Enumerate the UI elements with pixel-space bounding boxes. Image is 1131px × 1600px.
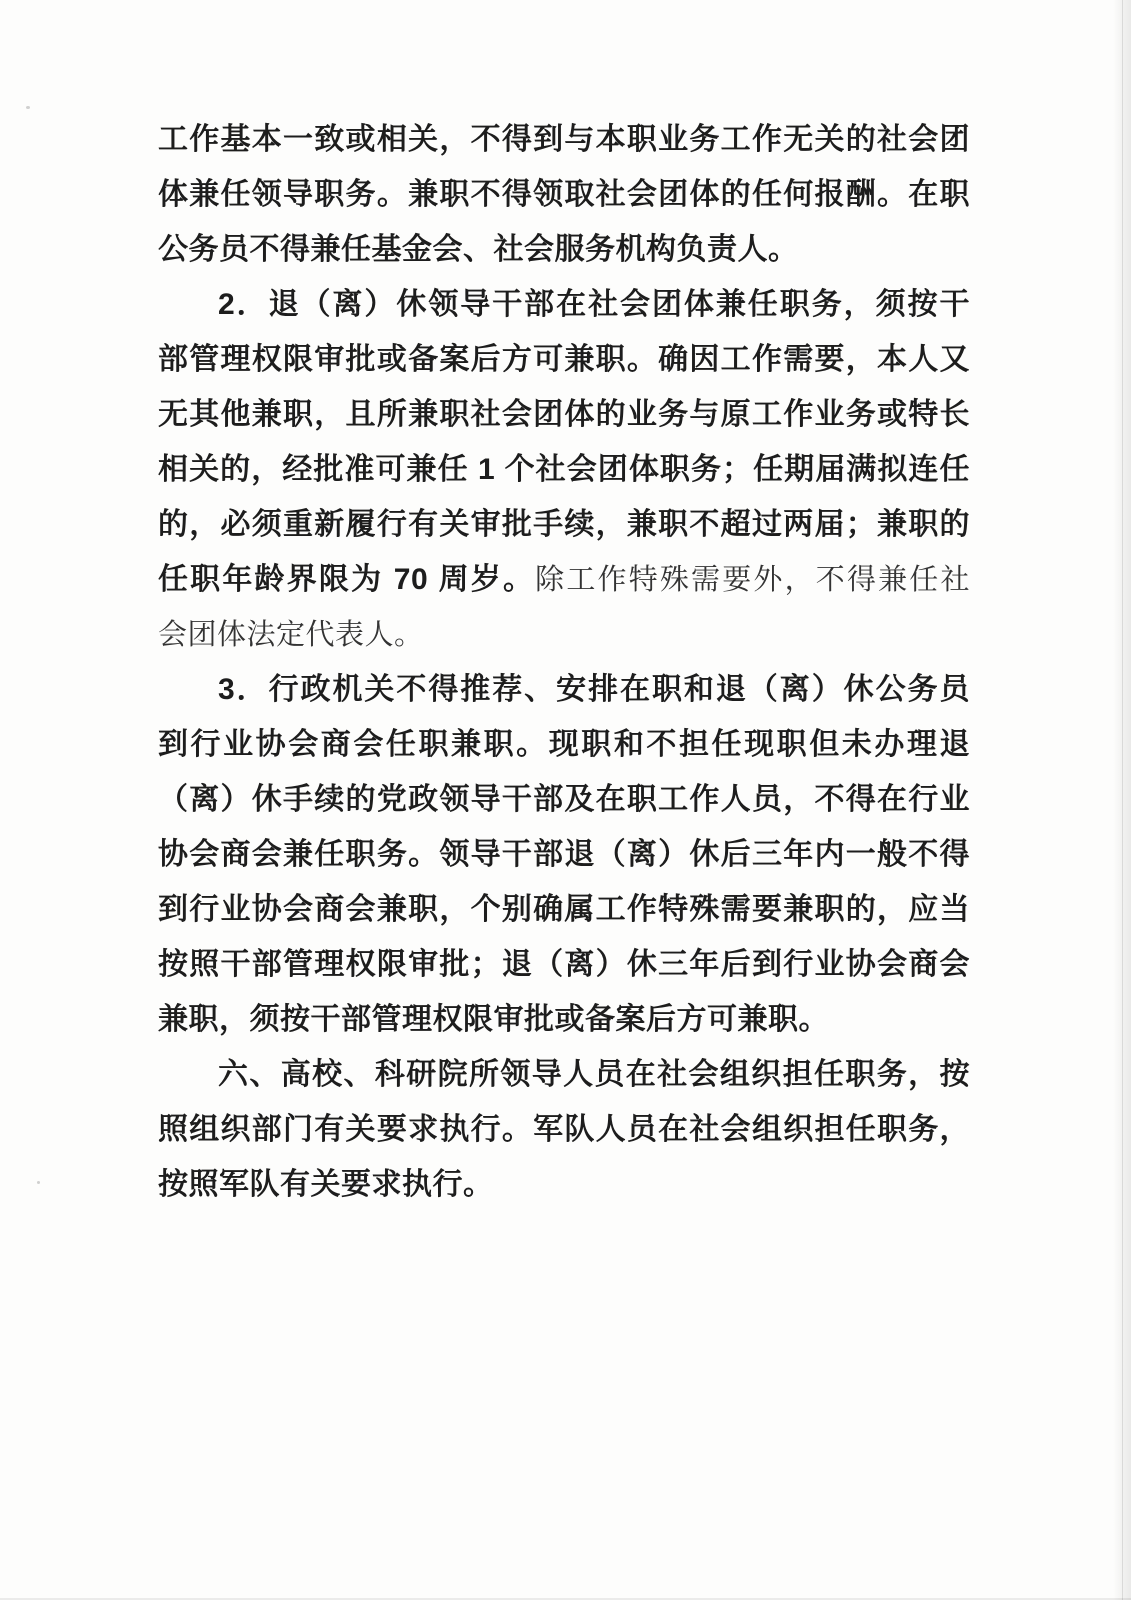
line-text: 2．退（离）休领导干部在社会团体兼任职务，须按干 <box>218 288 970 321</box>
doc-line: 到行业协会商会兼职，个别确属工作特殊需要兼职的，应当 <box>158 882 970 937</box>
doc-line: 按照军队有关要求执行。 <box>158 1157 970 1212</box>
line-text-kaiti: 除工作特殊需要外，不得兼任社 <box>535 564 970 596</box>
line-text: 照组织部门有关要求执行。军队人员在社会组织担任职务， <box>158 1113 970 1146</box>
doc-line: 无其他兼职，且所兼职社会团体的业务与原工作业务或特长 <box>158 387 970 442</box>
doc-line: 3．行政机关不得推荐、安排在职和退（离）休公务员 <box>158 662 970 717</box>
line-text: 无其他兼职，且所兼职社会团体的业务与原工作业务或特长 <box>158 398 970 431</box>
doc-line: 协会商会兼任职务。领导干部退（离）休后三年内一般不得 <box>158 827 970 882</box>
doc-line: 兼职，须按干部管理权限审批或备案后方可兼职。 <box>158 992 970 1047</box>
line-text: 按照干部管理权限审批；退（离）休三年后到行业协会商会 <box>158 948 970 981</box>
line-text: 工作基本一致或相关，不得到与本职业务工作无关的社会团 <box>158 123 970 156</box>
doc-line: 任职年龄界限为 70 周岁。除工作特殊需要外，不得兼任社 <box>158 552 970 607</box>
line-text: 公务员不得兼任基金会、社会服务机构负责人。 <box>158 233 799 266</box>
doc-line: 相关的，经批准可兼任 1 个社会团体职务；任期届满拟连任 <box>158 442 970 497</box>
line-text: 任职年龄界限为 70 周岁。 <box>158 563 535 596</box>
scan-speck <box>26 106 30 109</box>
doc-line: 到行业协会商会任职兼职。现职和不担任现职但未办理退 <box>158 717 970 772</box>
document-page: 工作基本一致或相关，不得到与本职业务工作无关的社会团 体兼任领导职务。兼职不得领… <box>0 0 1131 1600</box>
doc-line: 六、高校、科研院所领导人员在社会组织担任职务，按 <box>158 1047 970 1102</box>
doc-line: 体兼任领导职务。兼职不得领取社会团体的任何报酬。在职 <box>158 167 970 222</box>
doc-line: 工作基本一致或相关，不得到与本职业务工作无关的社会团 <box>158 112 970 167</box>
line-text: 到行业协会商会兼职，个别确属工作特殊需要兼职的，应当 <box>158 893 970 926</box>
doc-line: 会团体法定代表人。 <box>158 607 970 662</box>
line-text: 相关的，经批准可兼任 1 个社会团体职务；任期届满拟连任 <box>158 453 970 486</box>
scan-edge-line <box>1122 0 1123 1600</box>
line-text-kaiti: 会团体法定代表人。 <box>158 619 424 651</box>
line-text: 到行业协会商会任职兼职。现职和不担任现职但未办理退 <box>158 728 970 761</box>
line-text: 体兼任领导职务。兼职不得领取社会团体的任何报酬。在职 <box>158 178 970 211</box>
line-text: 3．行政机关不得推荐、安排在职和退（离）休公务员 <box>218 673 970 706</box>
doc-line: 照组织部门有关要求执行。军队人员在社会组织担任职务， <box>158 1102 970 1157</box>
scan-speck <box>37 1181 40 1184</box>
line-text: （离）休手续的党政领导干部及在职工作人员，不得在行业 <box>158 783 970 816</box>
document-text-block: 工作基本一致或相关，不得到与本职业务工作无关的社会团 体兼任领导职务。兼职不得领… <box>158 112 970 1212</box>
doc-line: 按照干部管理权限审批；退（离）休三年后到行业协会商会 <box>158 937 970 992</box>
line-text: 协会商会兼任职务。领导干部退（离）休后三年内一般不得 <box>158 838 970 871</box>
doc-line: 部管理权限审批或备案后方可兼职。确因工作需要，本人又 <box>158 332 970 387</box>
doc-line: （离）休手续的党政领导干部及在职工作人员，不得在行业 <box>158 772 970 827</box>
line-text: 六、高校、科研院所领导人员在社会组织担任职务，按 <box>218 1058 970 1091</box>
line-text: 的，必须重新履行有关审批手续，兼职不超过两届；兼职的 <box>158 508 970 541</box>
line-text: 部管理权限审批或备案后方可兼职。确因工作需要，本人又 <box>158 343 970 376</box>
line-text: 兼职，须按干部管理权限审批或备案后方可兼职。 <box>158 1003 829 1036</box>
doc-line: 2．退（离）休领导干部在社会团体兼任职务，须按干 <box>158 277 970 332</box>
doc-line: 公务员不得兼任基金会、社会服务机构负责人。 <box>158 222 970 277</box>
line-text: 按照军队有关要求执行。 <box>158 1168 494 1201</box>
doc-line: 的，必须重新履行有关审批手续，兼职不超过两届；兼职的 <box>158 497 970 552</box>
